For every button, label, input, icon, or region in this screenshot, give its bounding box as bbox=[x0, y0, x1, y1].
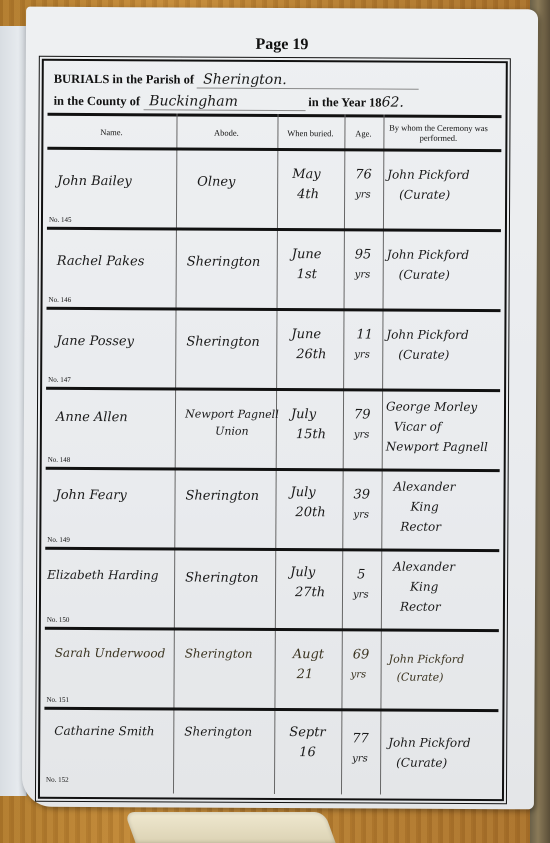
entry-number: No. 147 bbox=[48, 376, 71, 384]
entry-when-day: 15th bbox=[296, 426, 326, 443]
entry-officiant-title: Rector bbox=[400, 519, 441, 536]
entry-name: Sarah Underwood bbox=[55, 645, 166, 663]
entry-age-unit: yrs bbox=[355, 186, 371, 203]
entry-when-month: July bbox=[290, 564, 315, 581]
column-header-when-buried: When buried. bbox=[277, 128, 343, 138]
entry-number: No. 152 bbox=[46, 776, 69, 784]
entry-abode: Sherington bbox=[186, 334, 260, 351]
entry-when-day: 26th bbox=[296, 346, 326, 363]
entry-number: No. 150 bbox=[47, 616, 70, 624]
entry-age: 77 bbox=[352, 730, 369, 747]
county-value: Buckingham bbox=[143, 93, 305, 111]
column-header-name: Name. bbox=[47, 127, 175, 138]
entry-when-day: 21 bbox=[297, 666, 314, 683]
burial-entry: Catharine Smith Sherington Septr 16 77 y… bbox=[44, 711, 498, 789]
entry-abode: Newport Pagnell Union bbox=[183, 405, 281, 440]
entry-number: No. 148 bbox=[48, 456, 71, 464]
entry-officiant: John Pickford bbox=[387, 247, 469, 264]
entry-when-month: Augt bbox=[293, 646, 324, 663]
entry-officiant-surname: King bbox=[410, 499, 438, 516]
entry-when-month: June bbox=[292, 246, 322, 263]
entry-when-day: 1st bbox=[297, 266, 317, 283]
burial-entry: Jane Possey Sherington June 26th 11 yrs … bbox=[46, 311, 500, 389]
entry-officiant-title: Vicar of bbox=[394, 419, 441, 436]
entry-age: 76 bbox=[355, 166, 372, 183]
entry-age: 95 bbox=[355, 246, 372, 263]
entry-officiant-title: (Curate) bbox=[396, 755, 447, 772]
entry-age: 79 bbox=[354, 406, 371, 423]
entry-officiant-title: (Curate) bbox=[399, 267, 450, 284]
entry-abode: Sherington bbox=[185, 488, 259, 505]
entry-officiant: John Pickford bbox=[389, 651, 465, 668]
entry-age-unit: yrs bbox=[352, 750, 368, 767]
entry-age-unit: yrs bbox=[353, 586, 369, 603]
header-rule bbox=[48, 113, 502, 118]
entry-officiant-parish: Newport Pagnell bbox=[386, 439, 488, 457]
entry-abode: Sherington bbox=[185, 646, 253, 663]
entry-age-unit: yrs bbox=[354, 346, 370, 363]
entry-name: John Feary bbox=[55, 487, 126, 504]
entry-officiant: John Pickford bbox=[387, 167, 469, 184]
entry-abode: Sherington bbox=[187, 254, 261, 271]
register-page: Page 19 BURIALS in the Parish of Shering… bbox=[22, 7, 538, 810]
bookmark-ribbon bbox=[124, 812, 335, 843]
page-number: Page 19 bbox=[26, 35, 538, 56]
entry-name: Elizabeth Harding bbox=[47, 567, 158, 585]
entry-when-day: 20th bbox=[295, 504, 325, 521]
entry-name: Rachel Pakes bbox=[57, 253, 145, 270]
entry-age-unit: yrs bbox=[354, 426, 370, 443]
county-label: in the County of bbox=[54, 94, 141, 108]
entry-name: Jane Possey bbox=[56, 333, 134, 350]
entry-number: No. 149 bbox=[47, 536, 70, 544]
entry-when-day: 16 bbox=[299, 744, 316, 761]
year-value: 62. bbox=[382, 95, 404, 111]
entry-officiant: Alexander bbox=[393, 559, 455, 576]
entry-officiant: John Pickford bbox=[386, 327, 468, 344]
burial-entry: Rachel Pakes Sherington June 1st 95 yrs … bbox=[47, 231, 501, 309]
entry-age: 39 bbox=[354, 486, 371, 503]
entry-when-month: July bbox=[291, 406, 316, 423]
parish-value: Sherington. bbox=[197, 72, 419, 90]
year-label: in the Year 18 bbox=[308, 95, 381, 109]
entry-officiant-title: (Curate) bbox=[397, 669, 444, 686]
entry-number: No. 146 bbox=[49, 296, 72, 304]
burial-entry: Anne Allen Newport Pagnell Union July 15… bbox=[46, 391, 500, 469]
burial-entry: Sarah Underwood Sherington Augt 21 69 yr… bbox=[44, 631, 498, 709]
entry-age-unit: yrs bbox=[351, 666, 367, 683]
entry-age: 69 bbox=[353, 646, 370, 663]
entry-officiant: John Pickford bbox=[388, 735, 470, 752]
entry-age: 11 bbox=[356, 326, 373, 343]
burial-entry: John Bailey Olney May 4th 76 yrs John Pi… bbox=[47, 151, 501, 229]
column-header-abode: Abode. bbox=[176, 127, 276, 138]
entry-when-day: 27th bbox=[295, 584, 325, 601]
burial-entry: Elizabeth Harding Sherington July 27th 5… bbox=[45, 551, 499, 629]
entry-officiant-title: (Curate) bbox=[399, 187, 450, 204]
entry-number: No. 151 bbox=[46, 696, 69, 704]
entry-name: Anne Allen bbox=[56, 409, 128, 426]
entry-officiant-surname: King bbox=[410, 579, 438, 596]
entry-name: Catharine Smith bbox=[54, 723, 154, 741]
entry-age: 5 bbox=[357, 566, 365, 583]
column-header-officiant: By whom the Ceremony was performed. bbox=[383, 123, 493, 144]
entry-when-month: July bbox=[291, 484, 316, 501]
parish-label: BURIALS in the Parish of bbox=[54, 72, 194, 87]
parish-line: BURIALS in the Parish of Sherington. bbox=[54, 71, 420, 90]
burial-entry: John Feary Sherington July 20th 39 yrs A… bbox=[45, 471, 499, 549]
entry-when-month: June bbox=[291, 326, 321, 343]
entry-officiant-title: Rector bbox=[400, 599, 441, 616]
column-header-age: Age. bbox=[344, 128, 382, 138]
entry-when-month: Septr bbox=[289, 724, 325, 741]
entry-abode: Sherington bbox=[185, 570, 259, 587]
register-frame: BURIALS in the Parish of Sherington. in … bbox=[38, 59, 508, 801]
entry-name: John Bailey bbox=[57, 173, 132, 190]
entry-age-unit: yrs bbox=[353, 506, 369, 523]
entry-officiant-title: (Curate) bbox=[398, 347, 449, 364]
entry-age-unit: yrs bbox=[355, 266, 371, 283]
entry-when-day: 4th bbox=[297, 186, 319, 203]
entry-officiant: Alexander bbox=[394, 479, 456, 496]
entry-abode: Sherington bbox=[184, 724, 252, 741]
county-line: in the County of Buckingham in the Year … bbox=[54, 93, 404, 112]
entry-officiant: George Morley bbox=[386, 399, 477, 416]
entry-abode: Olney bbox=[197, 174, 235, 191]
entry-when-month: May bbox=[292, 166, 320, 183]
entry-number: No. 145 bbox=[49, 216, 72, 224]
